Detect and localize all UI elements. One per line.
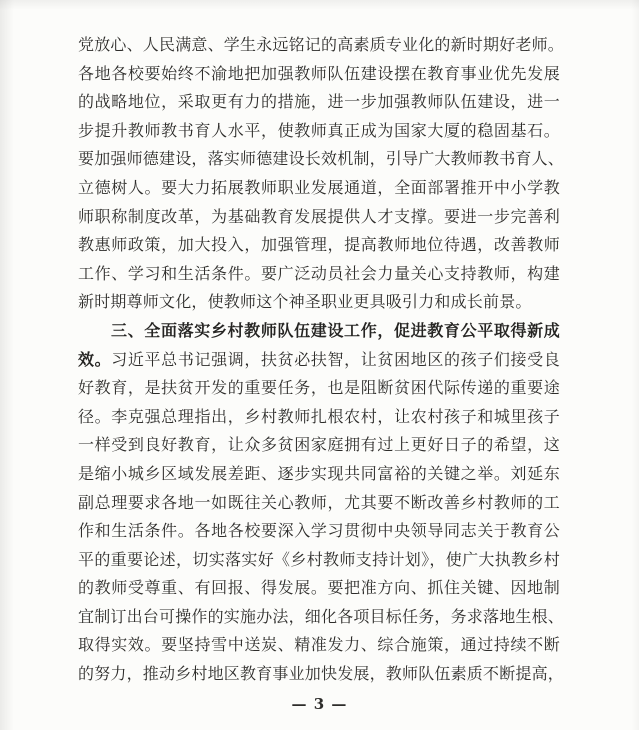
text-line-mixed: 效。习近平总书记强调，扶贫必扶智，让贫困地区的孩子们接受良 [78, 346, 560, 375]
text-line: 的战略地位，采取更有力的措施，进一步加强教师队伍建设，进一 [78, 88, 560, 117]
text-line: 工作、学习和生活条件。要广泛动员社会力量关心支持教师，构建 [78, 260, 560, 289]
page-body-text: 党放心、人民满意、学生永远铭记的高素质专业化的新时期好老师。 各地各校要始终不渝… [78, 31, 560, 689]
text-line: 教惠师政策，加大投入，加强管理，提高教师地位待遇，改善教师 [78, 231, 560, 260]
text-line: 副总理要求各地一如既往关心教师，尤其要不断改善乡村教师的工 [78, 489, 560, 518]
text-line: 一样受到良好教育，让众多贫困家庭拥有过上更好日子的希望，这 [78, 431, 560, 460]
text-line: 宜制订出台可操作的实施办法，细化各项目标任务，务求落地生根、 [78, 603, 560, 632]
page-number: — 3 — [0, 695, 639, 713]
document-page: 党放心、人民满意、学生永远铭记的高素质专业化的新时期好老师。 各地各校要始终不渝… [0, 0, 639, 730]
text-line: 的努力，推动乡村地区教育事业加快发展，教师队伍素质不断提高， [78, 660, 560, 689]
text-line: 师职称制度改革，为基础教育发展提供人才支撑。要进一步完善利 [78, 203, 560, 232]
text-line: 各地各校要始终不渝地把加强教师队伍建设摆在教育事业优先发展 [78, 60, 560, 89]
section-heading: 三、全面落实乡村教师队伍建设工作，促进教育公平取得新成 [78, 317, 560, 346]
text-line-paragraph-end: 新时期尊师文化，使教师这个神圣职业更具吸引力和成长前景。 [78, 288, 560, 317]
text-line: 好教育，是扶贫开发的重要任务，也是阻断贫困代际传递的重要途 [78, 374, 560, 403]
text-line: 步提升教师教书育人水平，使教师真正成为国家大厦的稳固基石。 [78, 117, 560, 146]
text-line: 要加强师德建设，落实师德建设长效机制，引导广大教师教书育人、 [78, 145, 560, 174]
text-line: 取得实效。要坚持雪中送炭、精准发力、综合施策，通过持续不断 [78, 631, 560, 660]
section-heading-carryover: 效。 [78, 350, 111, 369]
text-line: 径。李克强总理指出，乡村教师扎根农村，让农村孩子和城里孩子 [78, 403, 560, 432]
text-line: 党放心、人民满意、学生永远铭记的高素质专业化的新时期好老师。 [78, 31, 560, 60]
text-line: 是缩小城乡区域发展差距、逐步实现共同富裕的关键之举。刘延东 [78, 460, 560, 489]
text-line: 平的重要论述，切实落实好《乡村教师支持计划》，使广大执教乡村 [78, 546, 560, 575]
text-line: 作和生活条件。各地各校要深入学习贯彻中央领导同志关于教育公 [78, 517, 560, 546]
text-span: 习近平总书记强调，扶贫必扶智，让贫困地区的孩子们接受良 [111, 350, 560, 369]
text-line: 的教师受尊重、有回报、得发展。要把准方向、抓住关键、因地制 [78, 574, 560, 603]
text-line: 立德树人。要大力拓展教师职业发展通道，全面部署推开中小学教 [78, 174, 560, 203]
